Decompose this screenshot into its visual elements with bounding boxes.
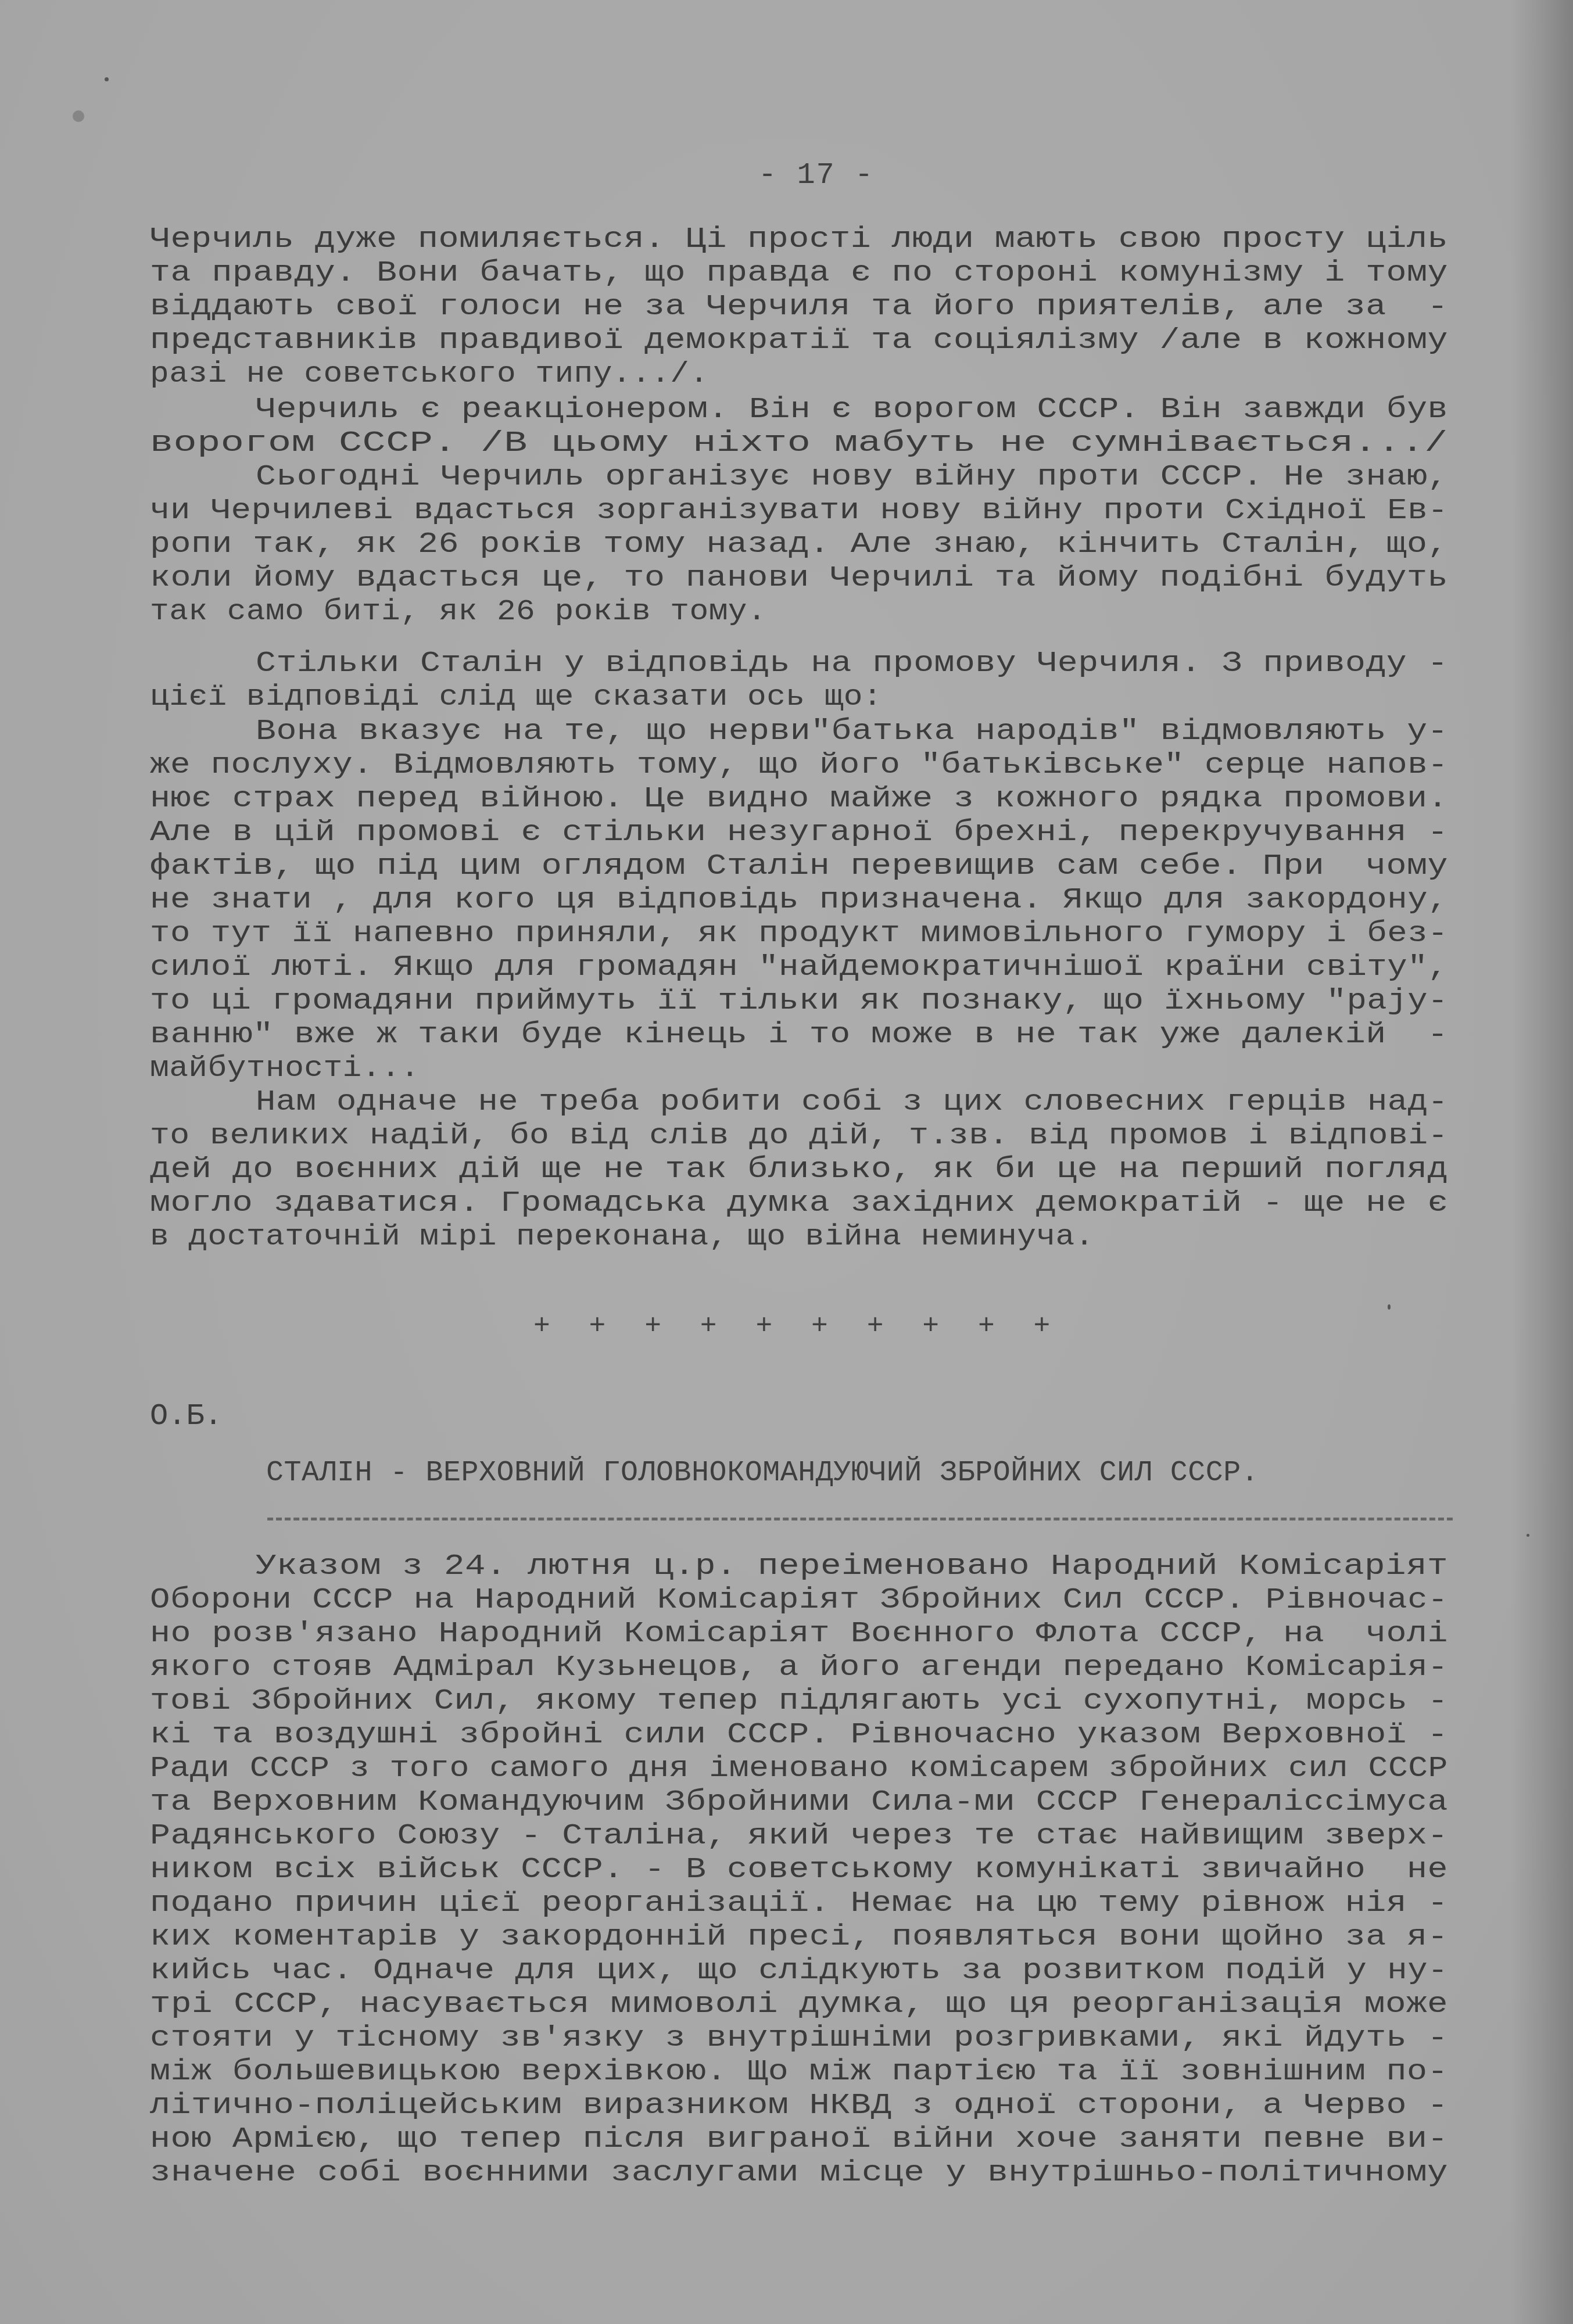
text-line: не знати , для кого ця відповідь признач… bbox=[150, 884, 1448, 917]
text-line: так само биті, як 26 років тому. bbox=[150, 596, 766, 629]
text-line: представників правдивої демократії та со… bbox=[150, 324, 1448, 358]
text-line: ником всіх військ СССР. - В советському … bbox=[150, 1853, 1448, 1887]
text-line: Оборони СССР на Народний Комісаріят Збро… bbox=[150, 1584, 1448, 1618]
author-initials: О.Б. bbox=[150, 1399, 223, 1433]
text-line: то великих надій, бо від слів до дій, т.… bbox=[150, 1120, 1448, 1153]
text-line: Ради СССР з того самого дня іменовано ко… bbox=[150, 1752, 1448, 1786]
text-line: подано причин цієї реорганізації. Немає … bbox=[150, 1887, 1448, 1921]
article-heading: СТАЛІН - ВЕРХОВНИЙ ГОЛОВНОКОМАНДУЮЧИЙ ЗБ… bbox=[266, 1457, 1259, 1490]
text-line: ною Армією, що тепер після виграної війн… bbox=[150, 2123, 1448, 2157]
text-line: трі СССР, насувається мимоволі думка, що… bbox=[150, 1988, 1448, 2022]
text-line: ванню" вже ж таки буде кінець і то може … bbox=[150, 1018, 1448, 1052]
text-line: нює страх перед війною. Це видно майже з… bbox=[150, 783, 1448, 816]
text-line: то ці громадяни приймуть її тільки як по… bbox=[150, 985, 1448, 1018]
text-line: фактів, що під цим оглядом Сталін переви… bbox=[150, 850, 1448, 884]
text-line: між большевицькою верхівкою. Що між парт… bbox=[150, 2056, 1448, 2089]
text-line: то тут її напевно приняли, як продукт ми… bbox=[150, 917, 1448, 951]
text-line: майбутності... bbox=[150, 1052, 420, 1086]
text-line: но розв'язано Народний Комісаріят Воєнно… bbox=[150, 1618, 1448, 1651]
text-line: могло здаватися. Громадська думка західн… bbox=[150, 1187, 1448, 1221]
text-line: Стільки Сталін у відповідь на промову Че… bbox=[256, 647, 1448, 681]
text-line: Вона вказує на те, що нерви"батька народ… bbox=[256, 715, 1448, 749]
text-line: коли йому вдасться це, то панови Черчилі… bbox=[150, 562, 1448, 596]
paper-speck bbox=[1388, 1304, 1391, 1310]
text-line: в достаточній мірі переконана, що війна … bbox=[150, 1221, 1094, 1254]
text-line: чи Черчилеві вдасться зорганізувати нову… bbox=[150, 494, 1448, 528]
text-line: силої люті. Якщо для громадян "найдемокр… bbox=[150, 951, 1448, 985]
text-line: ворогом СССР. /В цьому ніхто мабуть не с… bbox=[150, 427, 1448, 461]
section-separator: + + + + + + + + + + bbox=[533, 1311, 1050, 1342]
text-line: кі та воздушні збройні сили СССР. Рівноч… bbox=[150, 1719, 1448, 1752]
text-line: ропи так, як 26 років тому назад. Але зн… bbox=[150, 528, 1448, 562]
text-line: Сьогодні Черчиль організує нову війну пр… bbox=[256, 461, 1448, 494]
text-line: та правду. Вони бачать, що правда є по с… bbox=[150, 257, 1448, 290]
text-line: Черчиль є реакціонером. Він є ворогом СС… bbox=[256, 393, 1448, 427]
text-line: Радянського Союзу - Сталіна, який через … bbox=[150, 1820, 1448, 1853]
text-line: тові Збройних Сил, якому тепер підлягают… bbox=[150, 1685, 1448, 1719]
text-line: стояти у тісному зв'язку з внутрішніми р… bbox=[150, 2022, 1448, 2056]
paper-speck bbox=[105, 77, 109, 81]
text-line: Але в цій промові є стільки незугарної б… bbox=[150, 816, 1448, 850]
text-line: же послуху. Відмовляють тому, що його "б… bbox=[150, 749, 1448, 783]
paper-speck bbox=[1527, 1534, 1529, 1537]
text-line: літично-поліцейським виразником НКВД з о… bbox=[150, 2089, 1448, 2123]
text-line: якого стояв Адмірал Кузьнецов, а його аг… bbox=[150, 1651, 1448, 1685]
text-line: Указом з 24. лютня ц.р. переіменовано На… bbox=[256, 1550, 1448, 1584]
text-line: віддають свої голоси не за Черчиля та йо… bbox=[150, 290, 1448, 324]
heading-underline bbox=[267, 1518, 1453, 1520]
text-line: та Верховним Командуючим Збройними Сила-… bbox=[150, 1786, 1448, 1820]
scanned-page: - 17 - Черчиль дуже помиляється. Ці прос… bbox=[0, 0, 1573, 2324]
page-number: - 17 - bbox=[758, 158, 874, 192]
text-line: разі не советського типу.../. bbox=[150, 358, 709, 392]
text-line: кийсь час. Одначе для цих, що слідкують … bbox=[150, 1954, 1448, 1988]
text-line: дей до воєнних дій ще не так близько, як… bbox=[150, 1153, 1448, 1187]
text-line: значене собі воєнними заслугами місце у … bbox=[150, 2157, 1448, 2190]
text-line: Нам одначе не треба робити собі з цих сл… bbox=[256, 1086, 1448, 1120]
paper-speck bbox=[73, 110, 84, 122]
text-line: цієї відповіді слід ще сказати ось що: bbox=[150, 681, 882, 715]
text-line: Черчиль дуже помиляється. Ці прості люди… bbox=[150, 223, 1448, 257]
text-line: ких коментарів у закордонній пресі, появ… bbox=[150, 1921, 1448, 1954]
